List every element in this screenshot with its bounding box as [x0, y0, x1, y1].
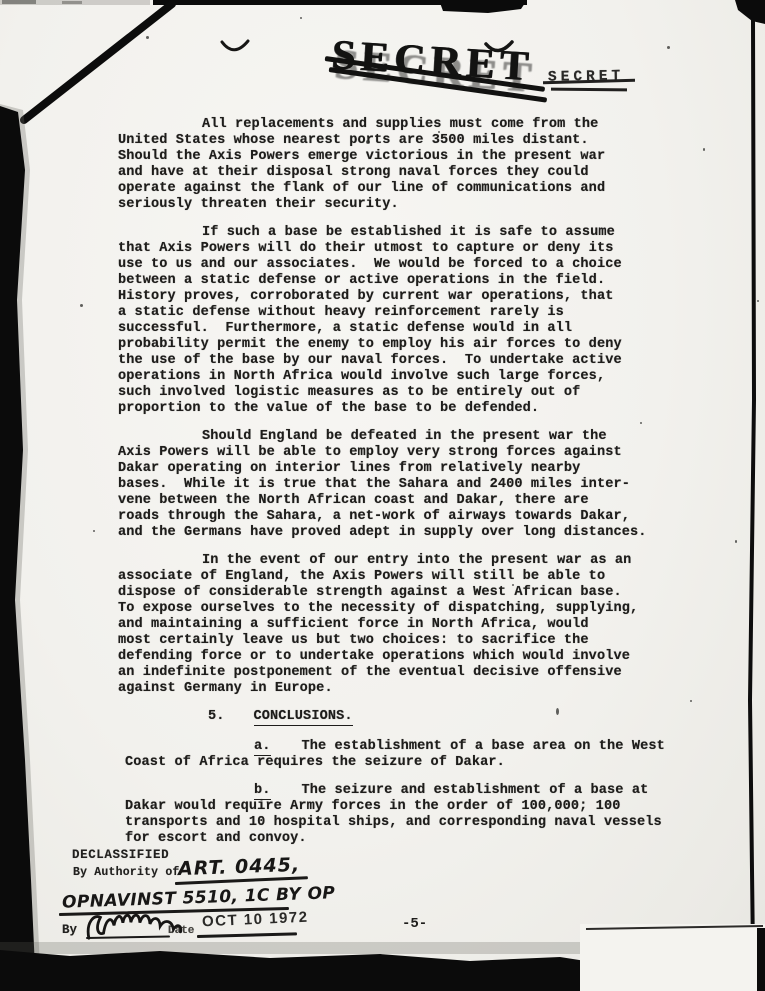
scan-edge-top-right [735, 0, 765, 24]
authority-value-handwritten: ART. 0445, [178, 854, 301, 880]
conclusion-label: b. [254, 783, 271, 800]
conclusion-item: a.The establishment of a base area on th… [118, 739, 678, 771]
conclusion-text: The establishment of a base area on the … [125, 739, 665, 770]
speck [80, 304, 83, 307]
paragraph: In the event of our entry into the prese… [118, 553, 678, 697]
section-heading: 5.CONCLUSIONS. [118, 709, 678, 725]
speck [300, 17, 302, 19]
scan-edge-bottom-fringe [0, 942, 592, 954]
speck [735, 540, 737, 543]
date-underline [197, 932, 297, 937]
speck [757, 300, 759, 302]
typed-secret-underline [551, 88, 627, 91]
speck [93, 530, 95, 532]
speck [640, 422, 642, 424]
scan-edge-top-blob [439, 0, 527, 13]
document-page: SECRET SECRET SECRET All replacements an… [0, 0, 765, 991]
declassified-stamp-title: DECLASSIFIED [72, 848, 169, 862]
scan-smudge [62, 1, 82, 4]
speck [366, 140, 370, 144]
scan-edge-bottom [0, 950, 592, 991]
date-stamp: OCT 10 1972 [202, 909, 309, 931]
speck [690, 700, 692, 702]
breve-mark [222, 41, 248, 50]
scan-edge-top [153, 0, 527, 5]
speck [703, 148, 705, 151]
date-label: Date [168, 925, 194, 937]
paragraph: Should England be defeated in the presen… [118, 429, 678, 541]
speck [146, 36, 149, 39]
scan-edge-right-line [750, 20, 754, 955]
page-number: -5- [402, 916, 427, 932]
section-number: 5. [208, 709, 225, 724]
scan-corner-fold-line [24, 4, 172, 120]
speck [512, 584, 514, 586]
scan-edge-bottom-right-bar [757, 928, 765, 991]
conclusion-item: b.The seizure and establishment of a bas… [118, 783, 678, 847]
paragraph: If such a base be established it is safe… [118, 225, 678, 417]
scan-edge-left [0, 106, 36, 991]
conclusion-text: The seizure and establishment of a base … [125, 783, 662, 846]
signature-underline [86, 936, 170, 940]
archive-reference-handwritten: a74a10 [594, 928, 686, 955]
conclusion-label: a. [254, 739, 271, 756]
paragraph: All replacements and supplies must come … [118, 117, 678, 213]
signature-scribble [87, 911, 181, 938]
speck [556, 708, 559, 715]
document-body: All replacements and supplies must come … [118, 117, 678, 859]
authority-label: By Authority of [73, 866, 180, 879]
by-label: By [62, 923, 77, 937]
speck [667, 46, 670, 49]
section-title: CONCLUSIONS. [254, 709, 353, 726]
scan-smudge [0, 0, 150, 5]
scan-edge-left-fringe [0, 104, 41, 991]
scan-smudge [2, 0, 36, 4]
speck [438, 131, 440, 133]
